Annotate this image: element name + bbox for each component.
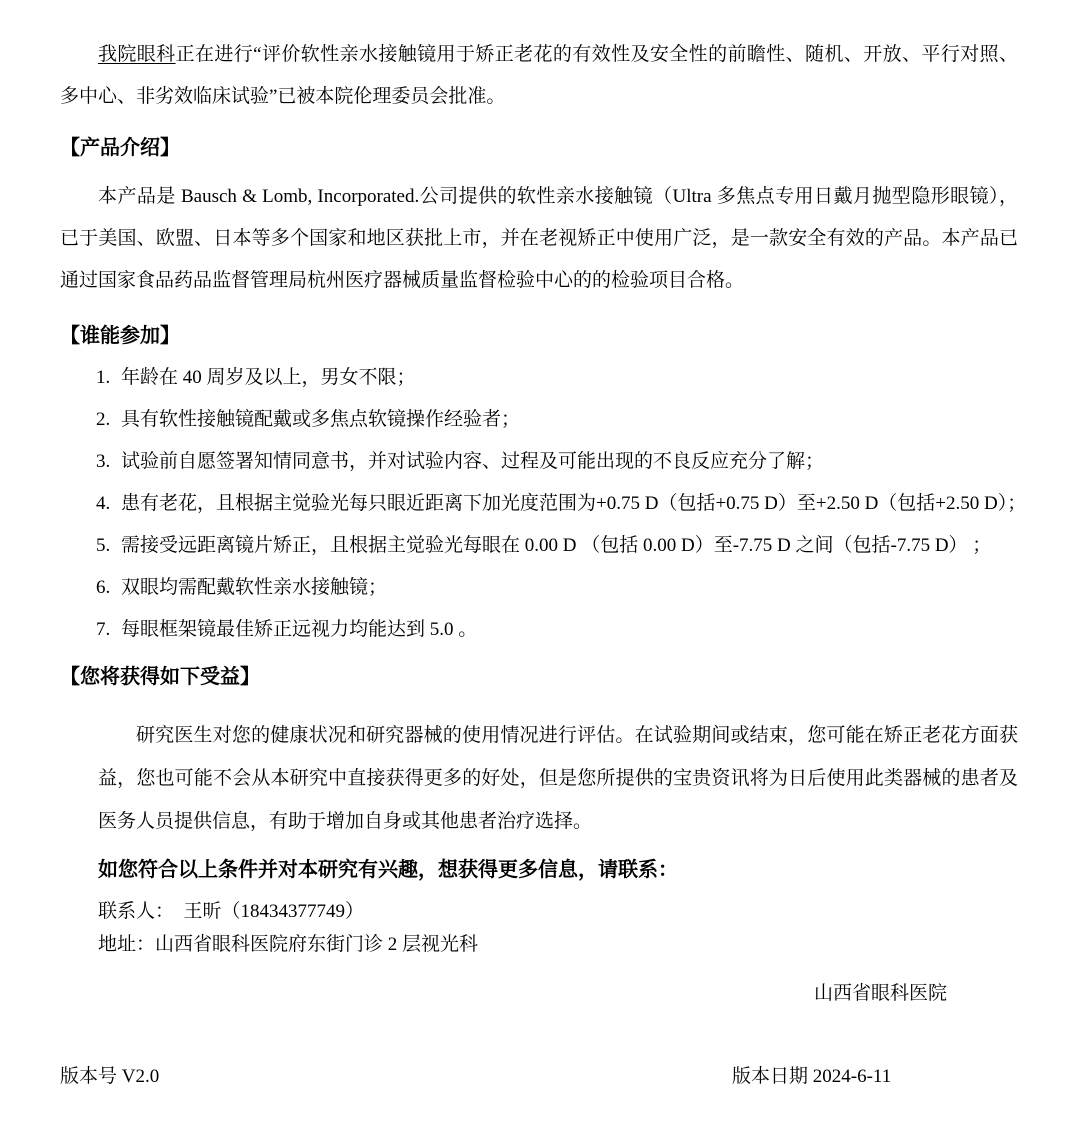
list-item-number: 6.: [96, 567, 121, 609]
list-item: 7.每眼框架镜最佳矫正远视力均能达到 5.0 。: [60, 609, 1018, 651]
product-description-paragraph: 本产品是 Bausch & Lomb, Incorporated.公司提供的软性…: [60, 176, 1018, 302]
list-item: 3.试验前自愿签署知情同意书，并对试验内容、过程及可能出现的不良反应充分了解；: [60, 441, 1018, 483]
eligibility-criteria-list: 1.年龄在 40 周岁及以上，男女不限； 2.具有软性接触镜配戴或多焦点软镜操作…: [60, 357, 1018, 651]
document-footer: 版本号 V2.0 版本日期 2024-6-11: [0, 1062, 1080, 1092]
list-item-text: 需接受远距离镜片矫正，且根据主觉验光每眼在 0.00 D （包括 0.00 D）…: [121, 535, 991, 556]
contact-person-line: 联系人： 王昕（18434377749）: [98, 895, 1018, 928]
contact-call-to-action: 如您符合以上条件并对本研究有兴趣，想获得更多信息，请联系：: [98, 855, 1018, 885]
list-item-number: 4.: [96, 483, 121, 525]
list-item-text: 患有老花，且根据主觉验光每只眼近距离下加光度范围为+0.75 D（包括+0.75…: [121, 493, 1026, 514]
intro-text: 正在进行“评价软性亲水接触镜用于矫正老花的有效性及安全性的前瞻性、随机、开放、平…: [60, 44, 1018, 107]
list-item-text: 双眼均需配戴软性亲水接触镜；: [121, 577, 387, 598]
list-item-number: 1.: [96, 357, 121, 399]
list-item-text: 具有软性接触镜配戴或多焦点软镜操作经验者；: [121, 409, 520, 430]
contact-address-line: 地址：山西省眼科医院府东街门诊 2 层视光科: [98, 928, 1018, 961]
list-item-number: 7.: [96, 609, 121, 651]
participation-section-heading: 【谁能参加】: [60, 322, 1018, 350]
list-item-text: 年龄在 40 周岁及以上，男女不限；: [121, 367, 416, 388]
list-item: 6.双眼均需配戴软性亲水接触镜；: [60, 567, 1018, 609]
intro-underlined-text: 我院眼科: [98, 44, 176, 65]
list-item-text: 每眼框架镜最佳矫正远视力均能达到 5.0 。: [121, 619, 477, 640]
hospital-signature: 山西省眼科医院: [60, 979, 1018, 1009]
product-section-heading: 【产品介绍】: [60, 134, 1018, 162]
list-item-number: 3.: [96, 441, 121, 483]
benefit-section-heading: 【您将获得如下受益】: [60, 663, 1018, 691]
version-date: 版本日期 2024-6-11: [732, 1062, 891, 1092]
list-item: 5.需接受远距离镜片矫正，且根据主觉验光每眼在 0.00 D （包括 0.00 …: [60, 525, 1018, 567]
benefit-description-paragraph: 研究医生对您的健康状况和研究器械的使用情况进行评估。在试验期间或结束，您可能在矫…: [98, 714, 1018, 843]
list-item: 4.患有老花，且根据主觉验光每只眼近距离下加光度范围为+0.75 D（包括+0.…: [60, 483, 1018, 525]
version-number: 版本号 V2.0: [60, 1062, 159, 1092]
document-page: 我院眼科正在进行“评价软性亲水接触镜用于矫正老花的有效性及安全性的前瞻性、随机、…: [0, 0, 1080, 1131]
list-item-number: 2.: [96, 399, 121, 441]
list-item: 1.年龄在 40 周岁及以上，男女不限；: [60, 357, 1018, 399]
list-item-text: 试验前自愿签署知情同意书，并对试验内容、过程及可能出现的不良反应充分了解；: [121, 451, 824, 472]
list-item: 2.具有软性接触镜配戴或多焦点软镜操作经验者；: [60, 399, 1018, 441]
intro-paragraph: 我院眼科正在进行“评价软性亲水接触镜用于矫正老花的有效性及安全性的前瞻性、随机、…: [60, 34, 1018, 118]
list-item-number: 5.: [96, 525, 121, 567]
